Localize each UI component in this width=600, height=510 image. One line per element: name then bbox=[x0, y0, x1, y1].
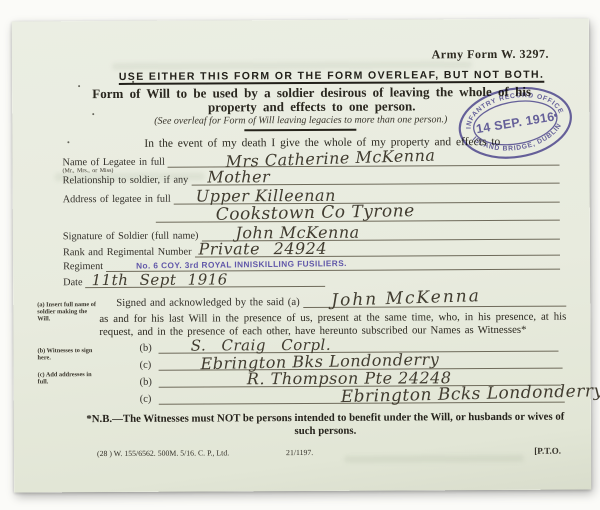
imprint-number: 21/1197. bbox=[286, 448, 313, 457]
intro-clause: In the event of my death I give the whol… bbox=[144, 136, 500, 150]
field-label: Relationship to soldier, if any bbox=[63, 175, 189, 187]
line-marker: (c) bbox=[140, 394, 156, 405]
field-date: Date 11th Sept 1916 bbox=[63, 272, 325, 288]
line-marker: (c) bbox=[140, 360, 156, 371]
handwriting-relationship: Mother bbox=[207, 167, 270, 186]
handwriting-date: 11th Sept 1916 bbox=[92, 270, 228, 289]
attestation-body: as and for his last Will in the presence… bbox=[99, 311, 566, 339]
ruled-line: No. 6 COY. 3rd ROYAL INNISKILLING FUSILI… bbox=[106, 254, 560, 272]
field-label-text: Name of Legatee in full bbox=[62, 157, 164, 169]
field-label: Signature of Soldier (full name) bbox=[63, 231, 199, 243]
imprint-left: (28 ) W. 155/6562. 500M. 5/16. C. P., Lt… bbox=[97, 448, 229, 458]
regiment-rubber-stamp: No. 6 COY. 3rd ROYAL INNISKILLING FUSILI… bbox=[136, 258, 347, 271]
attestation-signed-line: Signed and acknowledged by the said (a) … bbox=[116, 292, 566, 309]
stamp-date-text: 14 SEP. 1916 bbox=[475, 110, 555, 137]
pto-label: [P.T.O. bbox=[534, 446, 561, 456]
field-regiment: Regiment No. 6 COY. 3rd ROYAL INNISKILLI… bbox=[63, 255, 560, 273]
attestation-lead: Signed and acknowledged by the said (a) bbox=[116, 296, 300, 309]
field-address-continued: Cookstown Co Tyrone bbox=[153, 206, 560, 223]
field-label: Name of Legatee in full (Mr., Mrs., or M… bbox=[62, 157, 164, 169]
ruled-line: John McKenna bbox=[303, 291, 567, 308]
nb-warning: *N.B.—The Witnesses must NOT be persons … bbox=[84, 411, 567, 439]
handwriting-address-line2: Cookstown Co Tyrone bbox=[216, 201, 415, 225]
margin-note-b: (b) Witnesses to sign here. bbox=[37, 347, 101, 362]
field-label: Address of legatee in full bbox=[63, 194, 171, 206]
margin-note-c: (c) Add addresses in full. bbox=[38, 371, 102, 386]
ruled-line: 11th Sept 1916 bbox=[86, 271, 326, 288]
ruled-line: Cookstown Co Tyrone bbox=[156, 205, 560, 223]
margin-note-a: (a) Insert full name of soldier making t… bbox=[37, 301, 101, 323]
infantry-record-office-stamp: INFANTRY RECORD OFFICE ISLAND BRIDGE, DU… bbox=[441, 65, 589, 181]
line-marker: (b) bbox=[140, 377, 156, 388]
divider-rule bbox=[244, 129, 356, 132]
form-number: Army Form W. 3297. bbox=[432, 47, 549, 63]
ink-speck bbox=[67, 141, 69, 143]
field-label: Date bbox=[63, 277, 82, 288]
ruled-line: Ebrington Bcks Londonderry bbox=[158, 387, 564, 405]
will-form-document: Army Form W. 3297. USE EITHER THIS FORM … bbox=[12, 18, 591, 492]
witness-line-4: (c) Ebrington Bcks Londonderry bbox=[140, 388, 565, 405]
handwriting-attestation-name: John McKenna bbox=[330, 286, 480, 311]
line-marker: (b) bbox=[139, 343, 155, 354]
